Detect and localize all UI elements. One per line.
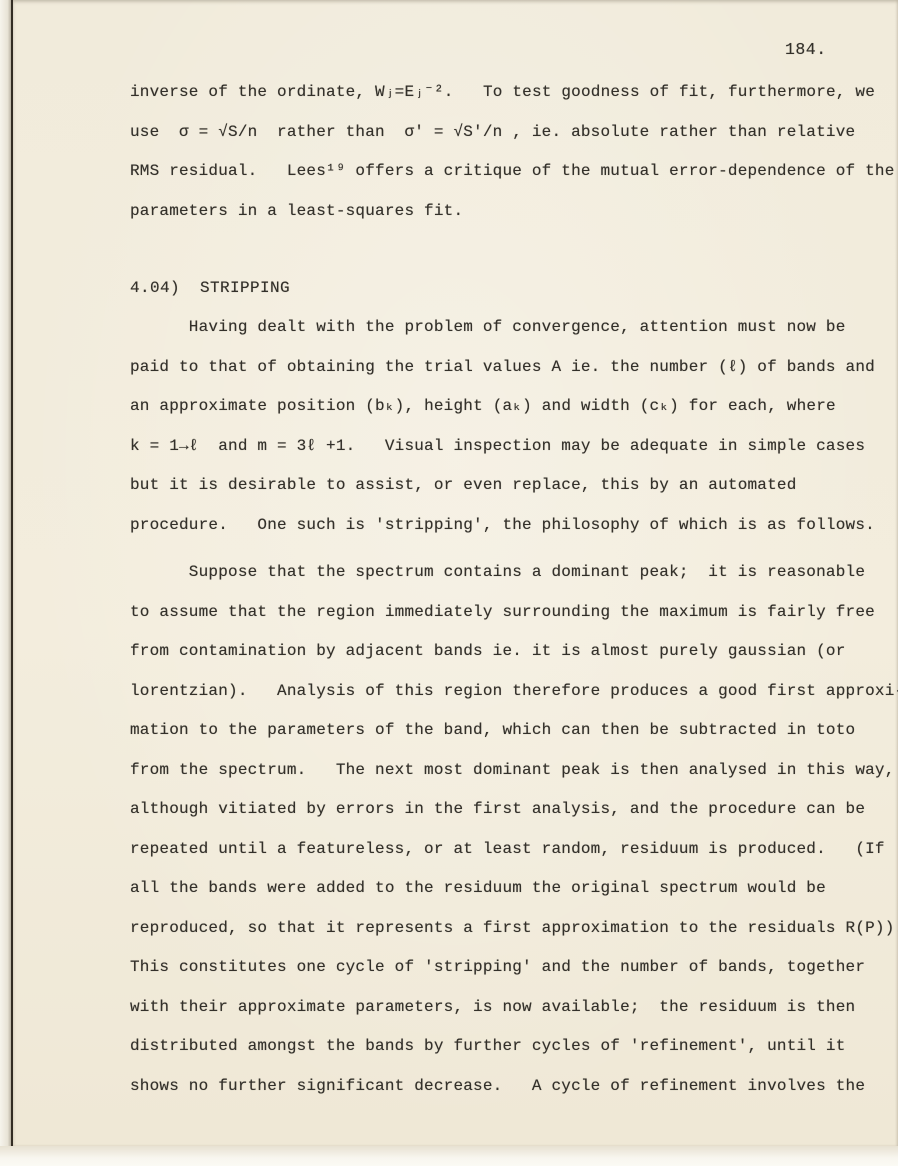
scanned-document: 184. inverse of the ordinate, Wⱼ=Eⱼ⁻². T… — [0, 0, 898, 1166]
section-paragraph-2: Suppose that the spectrum contains a dom… — [130, 553, 898, 1106]
section-heading: 4.04) STRIPPING — [130, 269, 290, 309]
section-paragraph-1: Having dealt with the problem of converg… — [130, 308, 875, 545]
document-page: 184. inverse of the ordinate, Wⱼ=Eⱼ⁻². T… — [11, 0, 898, 1146]
scanner-bed-strip — [0, 1146, 898, 1166]
page-number: 184. — [785, 40, 827, 60]
intro-paragraph: inverse of the ordinate, Wⱼ=Eⱼ⁻². To tes… — [130, 73, 895, 231]
scan-edge-left — [0, 0, 11, 1146]
